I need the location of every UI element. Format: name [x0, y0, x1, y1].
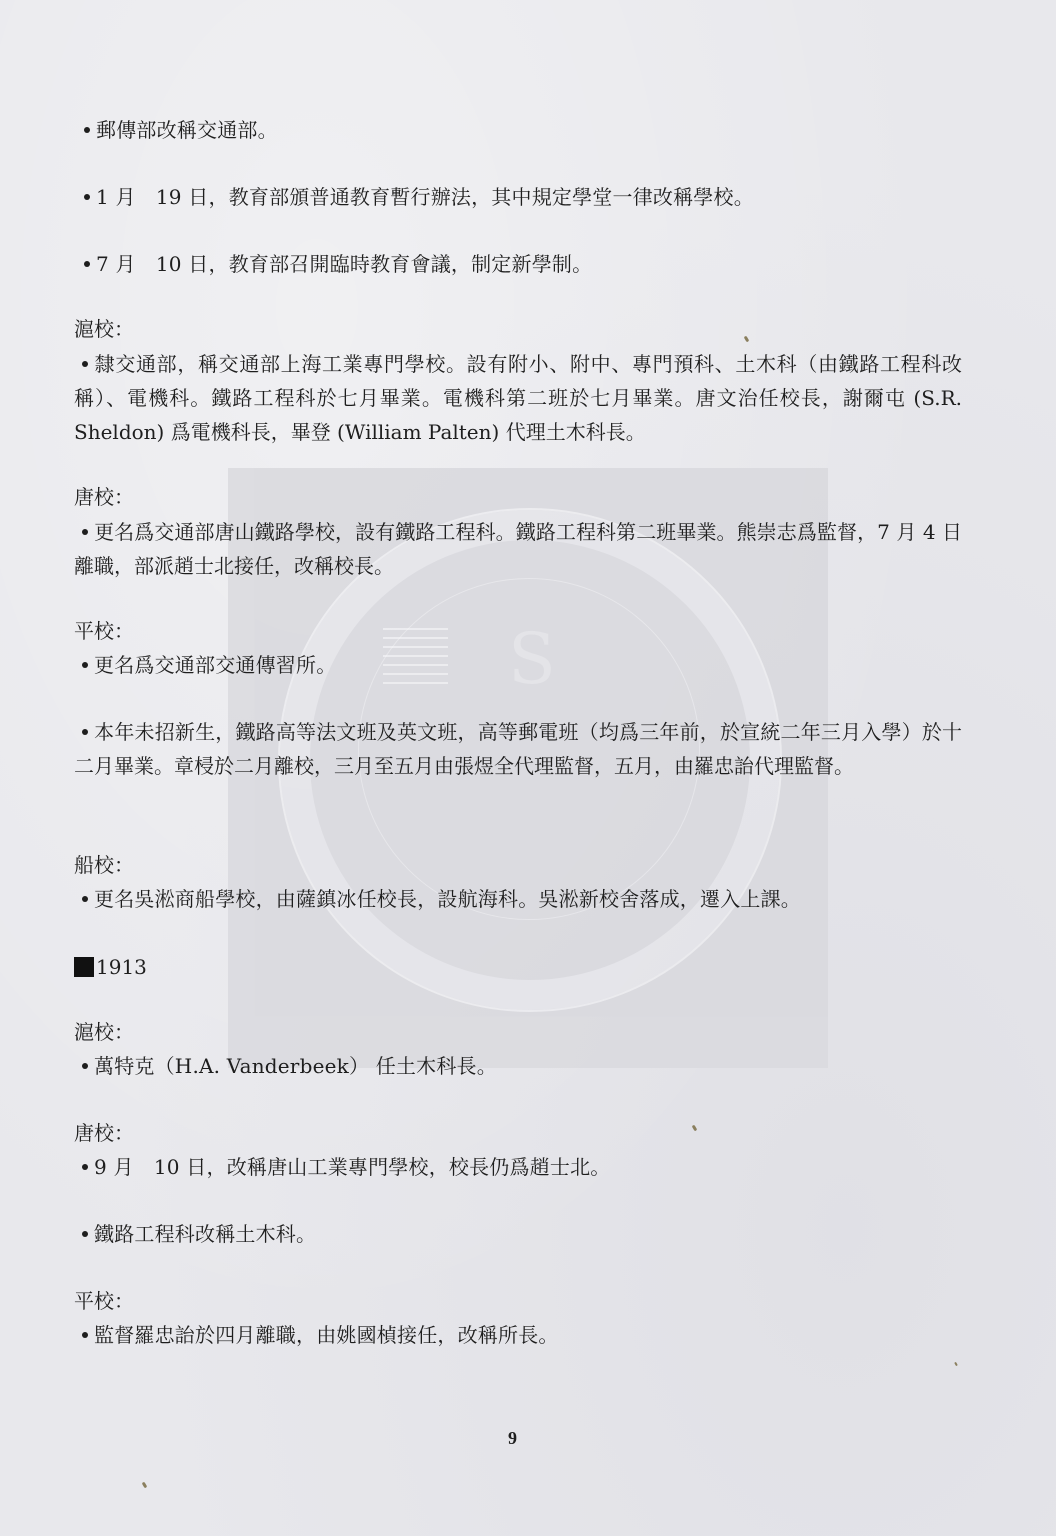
page-number: 9: [508, 1428, 517, 1449]
bullet-item: 1 月 19 日，教育部頒普通教育暫行辦法，其中規定學堂一律改稱學校。: [76, 180, 754, 214]
bullet-item: 萬特克（H.A. Vanderbeek） 任土木科長。: [74, 1049, 497, 1083]
school-label-chuan: 船校：: [74, 848, 134, 882]
black-square-icon: [74, 957, 94, 977]
bullet-icon: [84, 261, 90, 267]
bullet-item: 鐵路工程科改稱土木科。: [74, 1217, 316, 1251]
school-label-tang: 唐校：: [74, 480, 134, 514]
bullet-icon: [82, 896, 88, 902]
bullet-icon: [82, 361, 88, 367]
bullet-paragraph: 更名爲交通部唐山鐵路學校，設有鐵路工程科。鐵路工程科第二班畢業。熊崇志爲監督，7…: [74, 515, 962, 583]
scanned-page: S 郵傳部改稱交通部。 1 月 19 日，教育部頒普通教育暫行辦法，其中規定學堂…: [0, 0, 1056, 1536]
seal-stripes: [383, 628, 448, 688]
school-label-ping: 平校：: [74, 614, 134, 648]
bullet-icon: [84, 127, 90, 133]
school-label-tang-1913: 唐校：: [74, 1116, 134, 1150]
bullet-item: 9 月 10 日，改稱唐山工業專門學校，校長仍爲趙士北。: [74, 1150, 611, 1184]
paper-speck: [954, 1362, 958, 1366]
bullet-icon: [82, 529, 88, 535]
school-label-ping-1913: 平校：: [74, 1284, 134, 1318]
bullet-item: 監督羅忠詒於四月離職，由姚國楨接任，改稱所長。: [74, 1318, 559, 1352]
paper-speck: [744, 336, 750, 343]
paper-speck: [692, 1125, 698, 1132]
school-label-hu: 滬校：: [74, 312, 134, 346]
bullet-icon: [82, 1063, 88, 1069]
bullet-item: 更名吳淞商船學校，由薩鎮冰任校長，設航海科。吳淞新校舍落成，遷入上課。: [74, 882, 801, 916]
paper-speck: [142, 1482, 148, 1489]
seal-letter-s: S: [508, 618, 556, 700]
bullet-paragraph: 本年未招新生，鐵路高等法文班及英文班，高等郵電班（均爲三年前，於宣統二年三月入學…: [74, 715, 962, 783]
bullet-item: 7 月 10 日，教育部召開臨時教育會議，制定新學制。: [76, 247, 592, 281]
bullet-icon: [82, 1332, 88, 1338]
bullet-icon: [82, 729, 88, 735]
school-label-hu-1913: 滬校：: [74, 1015, 134, 1049]
bullet-icon: [82, 1231, 88, 1237]
bullet-item: 郵傳部改稱交通部。: [76, 113, 278, 147]
bullet-paragraph: 隸交通部，稱交通部上海工業專門學校。設有附小、附中、專門預科、土木科（由鐵路工程…: [74, 347, 962, 449]
bullet-item: 更名爲交通部交通傳習所。: [74, 648, 336, 682]
bullet-icon: [82, 662, 88, 668]
bullet-icon: [84, 194, 90, 200]
year-heading-1913: 1913: [74, 950, 147, 984]
bullet-icon: [82, 1164, 88, 1170]
